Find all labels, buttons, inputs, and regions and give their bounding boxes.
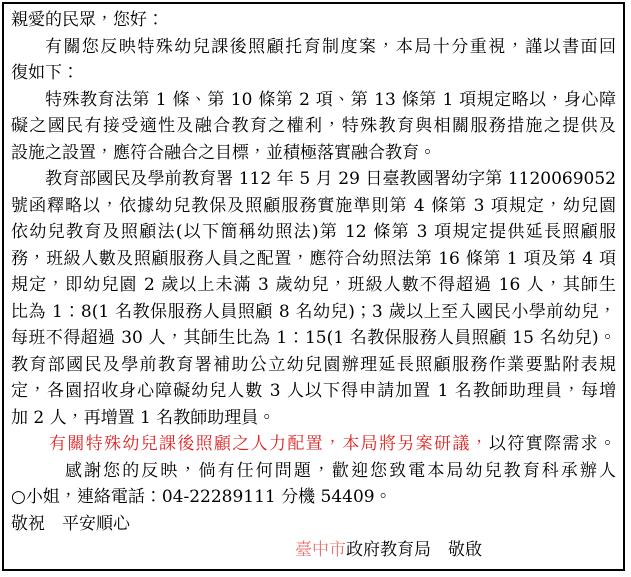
letter-line: 規定，即幼兒園 2 歲以上未滿 3 歲幼兒，班級人數不得超過 16 人，其師生	[11, 272, 616, 299]
remark-red-text: 有關特殊幼兒課後照顧之人力配置，本局將另案研議，	[49, 434, 489, 454]
letter-line: 特殊教育法第 1 條、第 10 條第 2 項、第 13 條第 1 項規定略以，身…	[11, 87, 616, 114]
letter-line: 有關您反映特殊幼兒課後照顧托育制度案，本局十分重視，謹以書面回	[11, 34, 616, 61]
remark-black-text: 以符實際需求。	[489, 434, 616, 454]
salutation-line: 親愛的民眾，您好：	[11, 7, 616, 34]
letter-line: 復如下：	[11, 60, 616, 87]
signature-org-text: 政府教育局 敬啟	[346, 540, 482, 560]
letter-line: 礙之國民有接受適性及融合教育之權利，特殊教育與相關服務措施之提供及	[11, 113, 616, 140]
letter-line: 教育部國民及學前教育署補助公立幼兒園辦理延長照顧服務作業要點附表規	[11, 352, 616, 379]
letter-document: 親愛的民眾，您好： 有關您反映特殊幼兒課後照顧托育制度案，本局十分重視，謹以書面…	[2, 2, 625, 571]
signature-city-text: 臺中市	[295, 540, 346, 560]
remark-line: 有關特殊幼兒課後照顧之人力配置，本局將另案研議，以符實際需求。	[11, 431, 616, 458]
letter-line: 號函釋略以，依據幼兒教保及照顧服務實施準則第 4 條第 3 項規定，幼兒園	[11, 193, 616, 220]
contact-line: ○小姐，連絡電話：04-22289111 分機 54409。	[11, 484, 616, 511]
letter-line: 設施之設置，應符合融合之目標，並積極落實融合教育。	[11, 140, 616, 167]
signature-line: 臺中市政府教育局 敬啟	[11, 537, 616, 564]
letter-line: 依幼兒教育及照顧法(以下簡稱幼照法)第 12 條第 3 項規定提供延長照顧服	[11, 219, 616, 246]
letter-line: 每班不得超過 30 人，其師生比為 1：15(1 名教保服務人員照顧 15 名幼…	[11, 325, 616, 352]
letter-line: 比為 1：8(1 名教保服務人員照顧 8 名幼兒)；3 歲以上至入國民小學前幼兒…	[11, 299, 616, 326]
thanks-line: 感謝您的反映，倘有任何問題，歡迎您致電本局幼兒教育科承辦人	[11, 458, 616, 485]
letter-line: 加 2 人，再增置 1 名教師助理員。	[11, 405, 616, 432]
letter-line: 定，各園招收身心障礙幼兒人數 3 人以下得申請加置 1 名教師助理員，每增	[11, 378, 616, 405]
letter-line: 教育部國民及學前教育署 112 年 5 月 29 日臺教國署幼字第 112006…	[11, 166, 616, 193]
closing-line: 敬祝 平安順心	[11, 511, 616, 538]
letter-line: 務，班級人數及照顧服務人員之配置，應符合幼照法第 16 條第 1 項及第 4 項	[11, 246, 616, 273]
